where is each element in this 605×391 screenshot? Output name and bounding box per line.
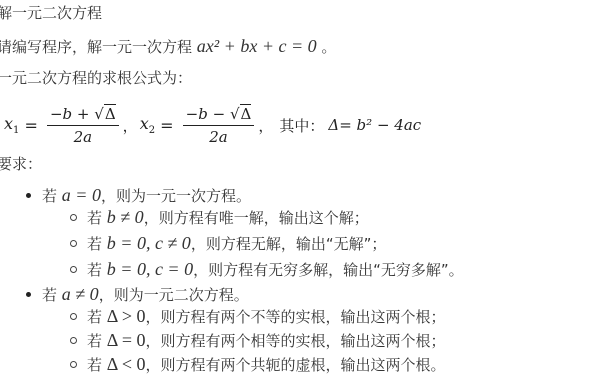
bullet-icon xyxy=(26,193,31,198)
sub-requirement-item: 若 b = 0, c ≠ 0，则方程无解，输出“无解”； xyxy=(87,233,386,254)
equals-sign: = xyxy=(19,116,43,135)
intro-text: 请编写程序，解一元一次方程 xyxy=(0,38,192,56)
circle-bullet-icon xyxy=(70,266,77,273)
bullet-icon xyxy=(26,292,31,297)
circle-bullet-icon xyxy=(70,214,77,221)
circle-bullet-icon xyxy=(70,313,77,320)
root-formula: x1 = −b + √Δ 2a ， x2 = −b − √Δ 2a ， 其中： … xyxy=(4,102,421,148)
intro-paragraph: 请编写程序，解一元一次方程 ax² + bx + c = 0 。 xyxy=(0,36,336,57)
sub-requirement-item: 若 b ≠ 0，则方程有唯一解，输出这个解； xyxy=(87,207,369,228)
formula-label: 一元二次方程的求根公式为： xyxy=(0,68,192,88)
x1-variable: x1 xyxy=(4,114,19,136)
circle-bullet-icon xyxy=(70,240,77,247)
where-label: 其中： xyxy=(279,115,324,136)
circle-bullet-icon xyxy=(70,361,77,368)
x2-fraction: −b − √Δ 2a xyxy=(183,105,255,146)
requirement-item: 若 a ≠ 0，则为一元二次方程。 xyxy=(42,284,249,305)
x2-variable: x2 xyxy=(140,114,155,136)
intro-end: 。 xyxy=(321,38,336,56)
sub-requirement-item: 若 Δ < 0，则方程有两个共轭的虚根，输出这两个根。 xyxy=(87,354,446,375)
requirement-item: 若 a = 0，则为一元一次方程。 xyxy=(42,185,251,206)
comma: ， xyxy=(258,115,273,136)
sub-requirement-item: 若 Δ = 0，则方程有两个相等的实根，输出这两个根； xyxy=(87,330,446,351)
equals-sign: = xyxy=(155,116,179,135)
x1-fraction: −b + √Δ 2a xyxy=(47,105,119,146)
page-title: 解一元二次方程 xyxy=(0,3,102,23)
intro-equation: ax² + bx + c = 0 xyxy=(197,36,317,56)
requirements-label: 要求： xyxy=(0,154,42,174)
delta-definition: Δ= b² − 4ac xyxy=(328,116,421,134)
circle-bullet-icon xyxy=(70,337,77,344)
sub-requirement-item: 若 b = 0, c = 0，则方程有无穷多解，输出“无穷多解”。 xyxy=(87,259,464,280)
sub-requirement-item: 若 Δ > 0，则方程有两个不等的实根，输出这两个根； xyxy=(87,306,446,327)
comma: ， xyxy=(123,115,138,136)
